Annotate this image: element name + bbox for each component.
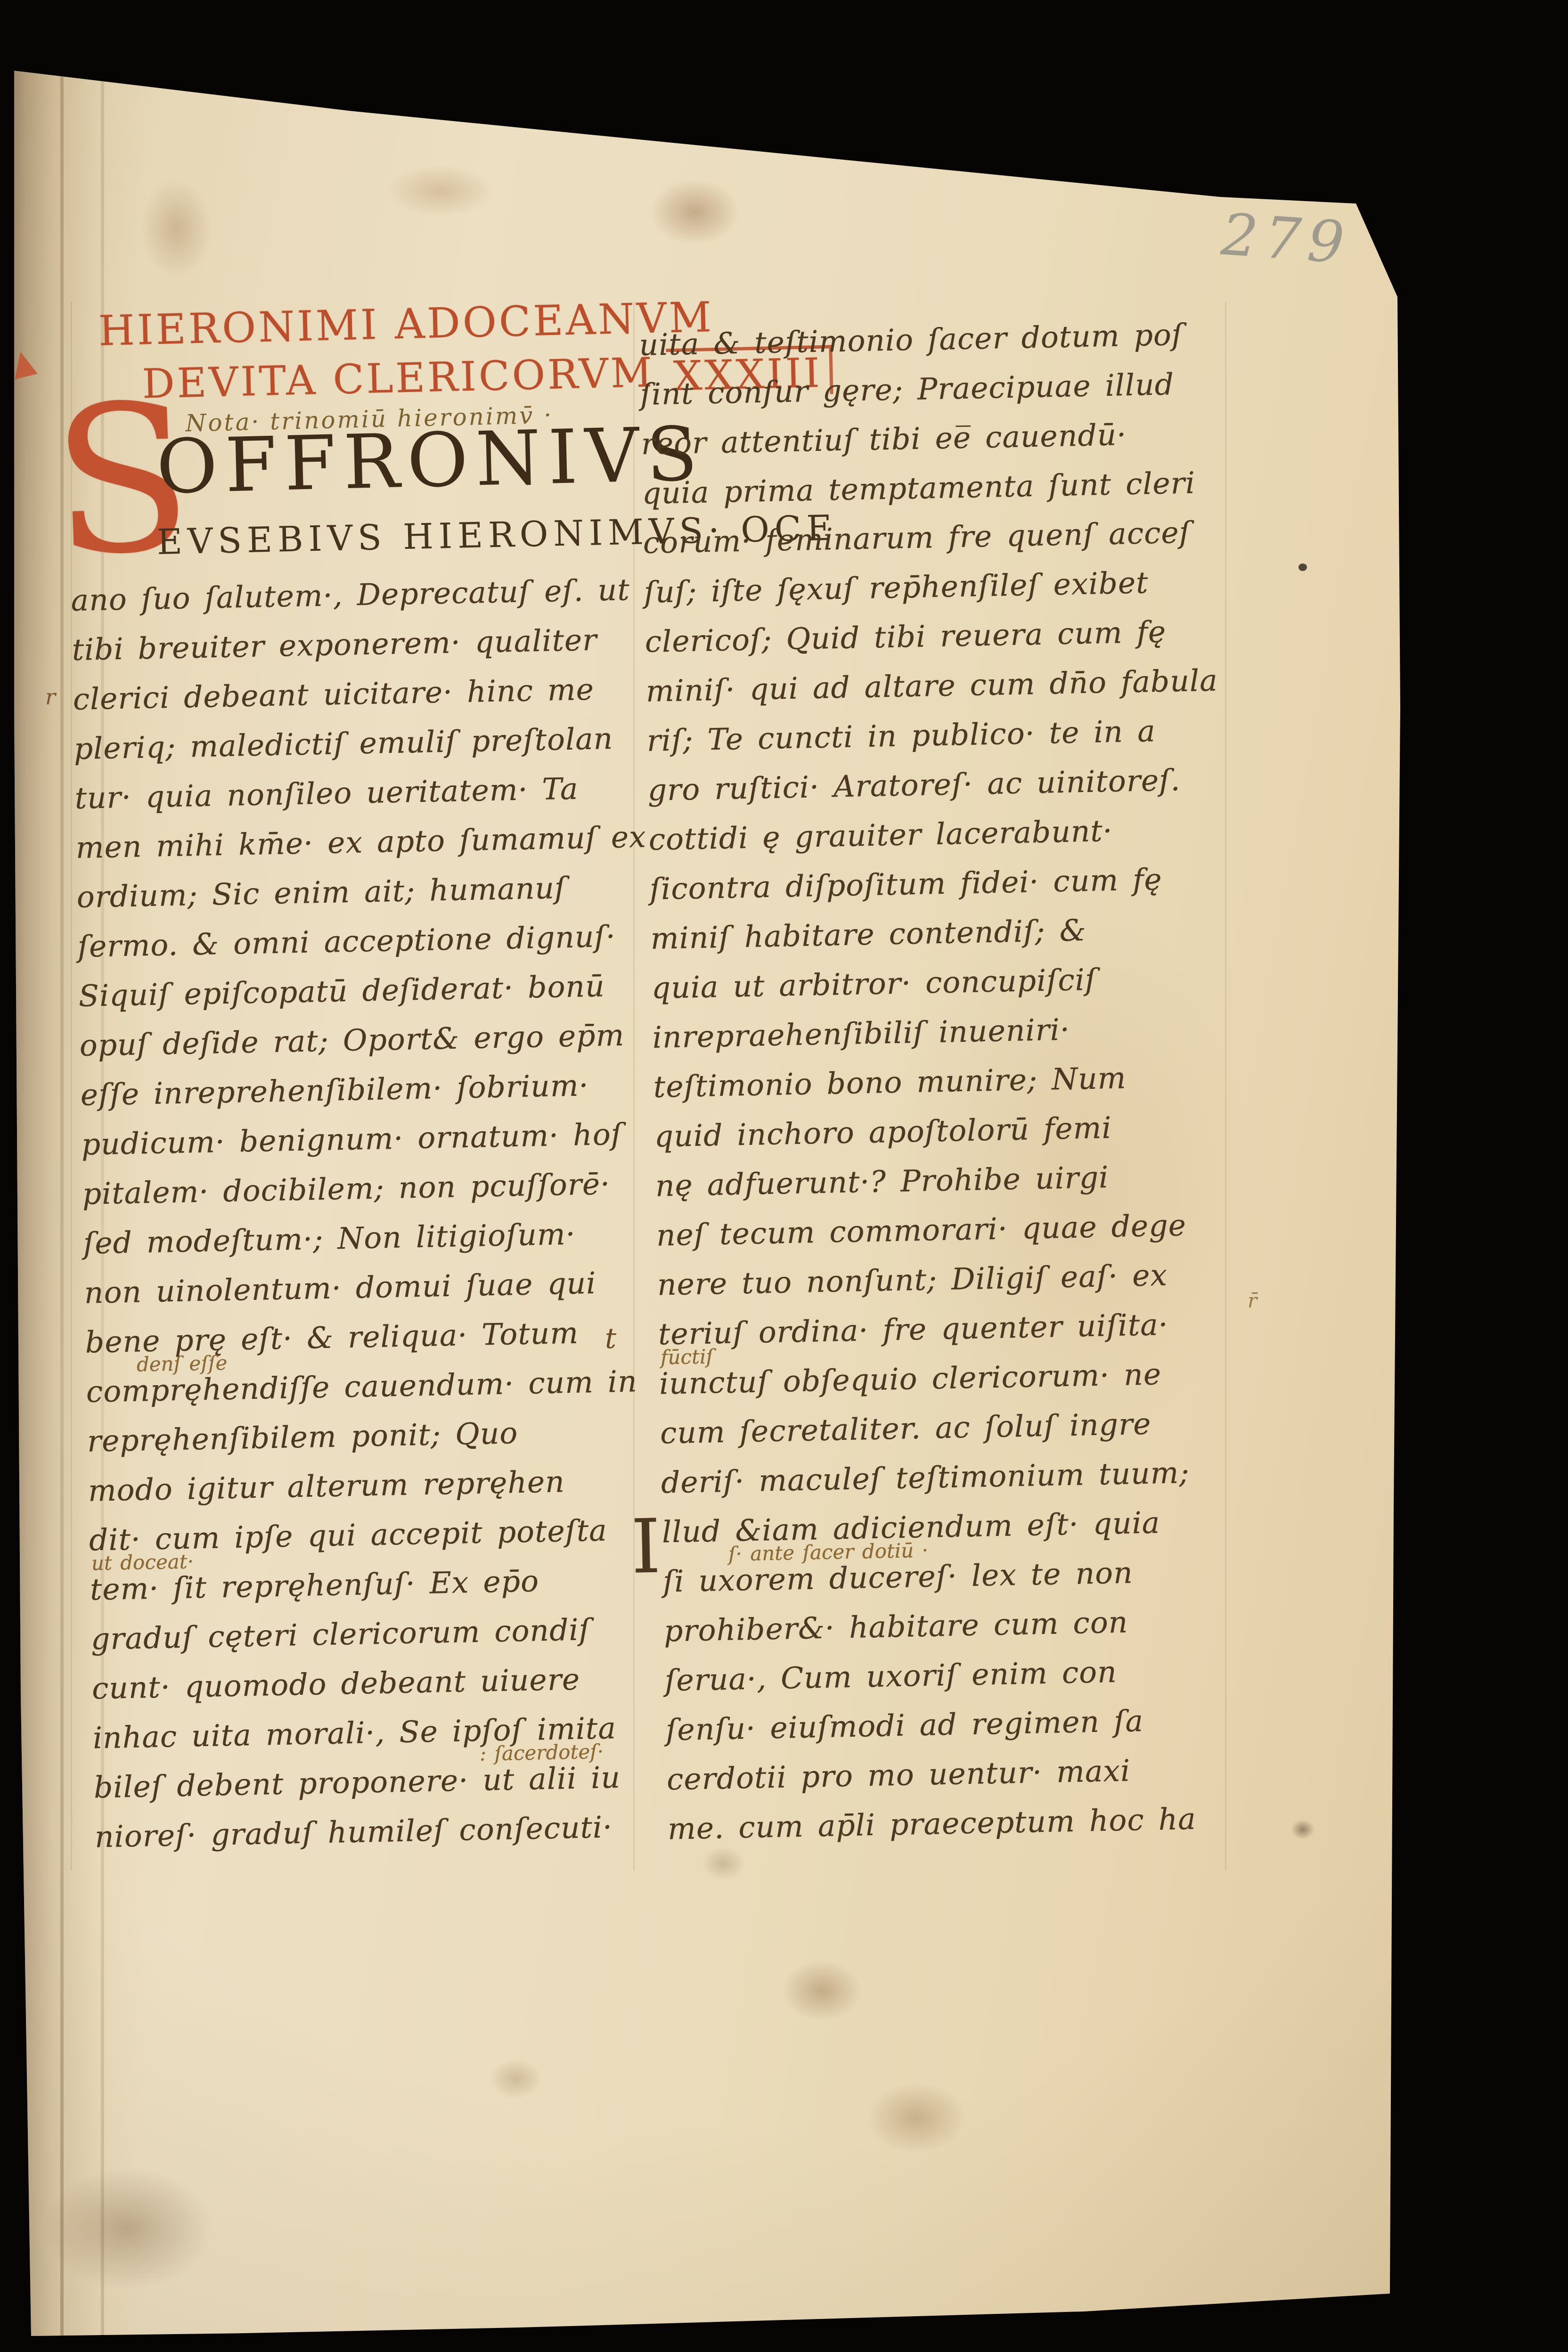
parchment-stain bbox=[867, 2082, 966, 2153]
manuscript-line: cottidi ę grauiter lacerabunt· bbox=[648, 811, 1233, 872]
manuscript-line: riſ; Te cuncti in publico· te in a bbox=[646, 712, 1232, 773]
ruling-line bbox=[1225, 302, 1226, 1870]
manuscript-line: iunctuſ obſequio clericorum· nefūctiſ bbox=[659, 1356, 1244, 1416]
manuscript-line: tur· quia nonſileo ueritatem· Ta bbox=[74, 770, 641, 831]
manuscript-line: graduſ cęteri clericorum condiſ bbox=[90, 1611, 657, 1672]
manuscript-line: pleriq; maledictiſ emuliſ preſtolan bbox=[73, 721, 640, 781]
parchment-stain bbox=[650, 179, 740, 245]
manuscript-line: nere tuo nonſunt; Diligiſ eaſ· ex bbox=[657, 1257, 1242, 1317]
manuscript-line: nę adfuerunt·? Prohibe uirgi bbox=[655, 1158, 1240, 1218]
manuscript-line: dit· cum ipſe qui accepit poteſta bbox=[89, 1512, 655, 1573]
manuscript-line: quid inchoro apoſtolorū femi bbox=[654, 1108, 1239, 1169]
manuscript-line: pitalem· docibilem; non pcuſſorē· bbox=[82, 1166, 648, 1226]
manuscript-line: bene prę eſt· & reliqua· Totum bbox=[85, 1315, 651, 1375]
parchment-stain bbox=[702, 1847, 744, 1880]
margin-mark-left: r bbox=[45, 684, 56, 710]
manuscript-line: gro ruſtici· Aratoreſ· ac uinitoreſ. bbox=[647, 762, 1233, 823]
manuscript-line: ordium; Sic enim ait; humanuſ bbox=[76, 869, 643, 930]
rubric-line-1: HIERONIMI ADOCEANVM bbox=[98, 291, 778, 355]
manuscript-line: uita & teſtimonio ſacer dotum poſ bbox=[639, 317, 1224, 377]
manuscript-line: miniſ habitare contendiſ; & bbox=[650, 910, 1235, 971]
manuscript-line: ſenſu· eiuſmodi ad regimen ſa bbox=[665, 1702, 1250, 1763]
manuscript-line: tibi breuiter exponerem· qualiter bbox=[72, 622, 638, 682]
manuscript-line: modo igitur alterum repręhen bbox=[88, 1463, 654, 1523]
manuscript-line: teſtimonio bono munire; Num bbox=[653, 1059, 1238, 1119]
red-margin-mark bbox=[8, 349, 38, 379]
manuscript-line: ſuſ; iſte ſęxuſ rep̄henſileſ exibet bbox=[644, 564, 1229, 625]
incipit-subheading: EVSEBIVS HIERONIMVS· OCE bbox=[156, 508, 837, 563]
manuscript-line: ſint conſur gęre; Praecipuae illud bbox=[640, 366, 1225, 427]
incipit-display-word: OFFRONIVS bbox=[155, 411, 706, 511]
right-text-column: uita & teſtimonio ſacer dotum poſſint co… bbox=[639, 317, 1252, 1861]
manuscript-line: bileſ debent proponere· ut alii iu: ſace… bbox=[93, 1759, 660, 1820]
ink-blot bbox=[198, 71, 231, 95]
manuscript-line: repręhenſibilem ponit; Quo bbox=[87, 1413, 653, 1474]
manuscript-line: non uinolentum· domui ſuae qui bbox=[84, 1265, 650, 1325]
rubric-annotation: Nota· trinomiū hieronimv̄ · bbox=[185, 396, 780, 437]
rubric-line-2: DEVITA CLERICORVM XXXIII bbox=[142, 346, 780, 410]
left-text-column: ano ſuo ſalutem·, Deprecatuſ eſ. uttibi … bbox=[71, 572, 661, 1870]
margin-tick: t bbox=[605, 1322, 616, 1355]
folio-number: 279 bbox=[1219, 201, 1353, 277]
manuscript-line: Siquiſ epiſcopatū deſiderat· bonū bbox=[78, 968, 645, 1029]
manuscript-line: clerici debeant uicitare· hinc me bbox=[73, 671, 639, 732]
manuscript-line: opuſ deſide rat; Oport& ergo ep̄m bbox=[79, 1018, 645, 1078]
manuscript-line: pudicum· benignum· ornatum· hoſ bbox=[81, 1117, 647, 1177]
parchment-page: 279 HIERONIMI ADOCEANVM DEVITA CLERICORV… bbox=[0, 0, 1568, 2352]
gutter-crease bbox=[101, 0, 104, 2352]
manuscript-line: men mihi km̄e· ex apto ſumamuſ ex bbox=[75, 820, 642, 880]
manuscript-line: inhac uita morali·, Se ipſoſ imita bbox=[92, 1710, 659, 1771]
manuscript-line: Illud &iam adiciendum eſt· quia bbox=[661, 1504, 1247, 1565]
manuscript-line: teriuſ ordina· fre quenter uiſita· bbox=[658, 1306, 1243, 1367]
interlinear-gloss: ſ· ante ſacer dotiū · bbox=[728, 1539, 929, 1566]
manuscript-line: me. cum ap̄li praeceptum hoc ha bbox=[667, 1801, 1252, 1862]
manuscript-line: nioreſ· graduſ humileſ conſecuti· bbox=[94, 1809, 661, 1869]
parchment-stain bbox=[782, 1960, 862, 2021]
manuscript-line: compręhendiſſe cauendum· cum indenſ eſſe bbox=[86, 1364, 652, 1424]
manuscript-line: inrepraehenſibiliſ inueniri· bbox=[652, 1009, 1237, 1070]
rubric-heading: HIERONIMI ADOCEANVM DEVITA CLERICORVM XX… bbox=[71, 291, 780, 440]
manuscript-line: ſicontra diſpoſitum fidei· cum fę bbox=[649, 861, 1234, 922]
manuscript-line: cerdotii pro mo uentur· maxi bbox=[666, 1751, 1251, 1812]
manuscript-line: ſi uxorem ducereſ· lex te nonſ· ante ſac… bbox=[662, 1553, 1248, 1614]
manuscript-line: reor attentiuſ tibi ee̅ cauendū· bbox=[641, 416, 1226, 476]
manuscript-line: ano ſuo ſalutem·, Deprecatuſ eſ. ut bbox=[71, 572, 637, 633]
photo-backdrop: 279 HIERONIMI ADOCEANVM DEVITA CLERICORV… bbox=[0, 0, 1568, 2352]
manuscript-line: ſermo. & omni acceptione dignuſ· bbox=[77, 919, 644, 979]
ruling-line bbox=[71, 302, 72, 1870]
manuscript-line: miniſ· qui ad altare cum dn̄o fabula bbox=[645, 663, 1231, 724]
margin-mark-right: r̄ bbox=[1248, 1289, 1257, 1312]
chapter-number: XXXIII bbox=[666, 345, 833, 398]
parchment-discoloration bbox=[895, 895, 1253, 1461]
manuscript-line: eſſe inreprehenſibilem· ſobrium· bbox=[80, 1067, 646, 1127]
interlinear-gloss: ut doceat· bbox=[91, 1550, 194, 1575]
manuscript-line: prohiber&· habitare cum con bbox=[663, 1603, 1249, 1664]
manuscript-line: cunt· quomodo debeant uiuere bbox=[91, 1661, 658, 1721]
interlinear-gloss: denſ eſſe bbox=[136, 1351, 227, 1376]
parchment-stain bbox=[490, 2059, 542, 2099]
manuscript-line: quia ut arbitror· concupiſciſ bbox=[651, 960, 1236, 1021]
manuscript-line: ſerua·, Cum uxoriſ enim con bbox=[664, 1652, 1249, 1713]
parchment-stain bbox=[42, 2167, 212, 2290]
interlinear-gloss: fūctiſ bbox=[660, 1345, 713, 1369]
manuscript-line: tem· ſit repręhenſuſ· Ex ep̄out doceat· bbox=[90, 1562, 656, 1622]
manuscript-line: ſed modeſtum·; Non litigioſum· bbox=[83, 1216, 649, 1276]
binding-gutter bbox=[0, 0, 146, 2352]
parchment-stain bbox=[386, 165, 495, 217]
parchment-stain bbox=[1291, 1820, 1315, 1839]
parchment-stain bbox=[141, 179, 212, 278]
ruling-line bbox=[633, 302, 635, 1870]
manuscript-line: deriſ· maculeſ teſtimonium tuum; bbox=[661, 1454, 1246, 1515]
manuscript-line: cum ſecretaliter. ac ſoluſ ingre bbox=[660, 1405, 1245, 1466]
manuscript-line: neſ tecum commorari· quae dege bbox=[656, 1207, 1241, 1268]
interlinear-gloss: : ſacerdoteſ· bbox=[479, 1740, 604, 1765]
ink-dot bbox=[1298, 563, 1307, 571]
manuscript-line: clericoſ; Quid tibi reuera cum fę bbox=[645, 613, 1230, 674]
illuminated-initial: S bbox=[50, 392, 195, 571]
manuscript-line: corum· feminarum fre quenſ acceſ bbox=[643, 514, 1228, 575]
rubric-title: DEVITA CLERICORVM bbox=[142, 349, 655, 408]
manuscript-line: quia prima temptamenta ſunt cleri bbox=[642, 465, 1227, 526]
marginal-initial: I bbox=[630, 1510, 661, 1584]
gutter-crease bbox=[60, 0, 64, 2352]
